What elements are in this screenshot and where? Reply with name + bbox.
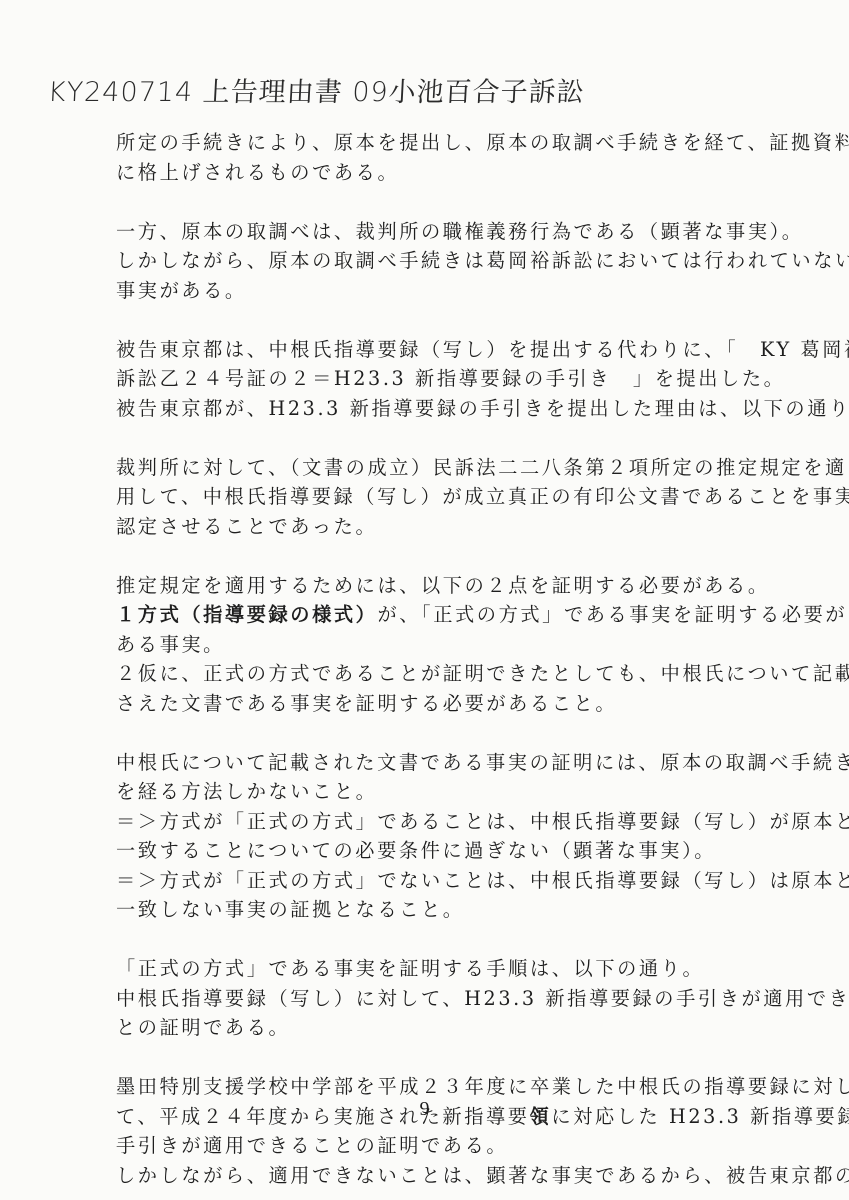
- text-line: 「正式の方式」である事実を証明する手順は、以下の通り。: [116, 954, 796, 984]
- text-line: 一方、原本の取調べは、裁判所の職権義務行為である（顕著な事実）。: [116, 217, 796, 247]
- paragraph-8: 墨田特別支援学校中学部を平成２３年度に卒業した中根氏の指導要録に対し て、平成２…: [116, 1072, 796, 1190]
- text-line: ＝＞方式が「正式の方式」であることは、中根氏指導要録（写し）が原本と: [116, 807, 796, 837]
- paragraph-gap: [116, 541, 796, 571]
- text-line: との証明である。: [116, 1013, 796, 1043]
- text-line: 認定させることであった。: [116, 512, 796, 542]
- text-line: 用して、中根氏指導要録（写し）が成立真正の有印公文書であることを事実: [116, 482, 796, 512]
- paragraph-7: 「正式の方式」である事実を証明する手順は、以下の通り。 中根氏指導要録（写し）に…: [116, 954, 796, 1043]
- text-line: 所定の手続きにより、原本を提出し、原本の取調べ手続きを経て、証拠資料: [116, 128, 796, 158]
- scan-speck: [538, 666, 540, 670]
- text-line: しかしながら、原本の取調べ手続きは葛岡裕訴訟においては行われていない: [116, 246, 796, 276]
- paragraph-gap: [116, 925, 796, 955]
- paragraph-gap: [116, 1043, 796, 1073]
- text-line: さえた文書である事実を証明する必要があること。: [116, 689, 796, 719]
- text-line: 被告東京都は、中根氏指導要録（写し）を提出する代わりに、「 KY 葛岡裕: [116, 335, 796, 365]
- text-line: 一致しない事実の証拠となること。: [116, 895, 796, 925]
- paragraph-gap: [116, 718, 796, 748]
- paragraph-2: 一方、原本の取調べは、裁判所の職権義務行為である（顕著な事実）。 しかしながら、…: [116, 217, 796, 306]
- text-span: が、「正式の方式」である事実を証明する必要が: [377, 603, 847, 626]
- text-line: を経る方法しかないこと。: [116, 777, 796, 807]
- text-line-item-1: １方式（指導要録の様式）が、「正式の方式」である事実を証明する必要が: [116, 600, 796, 630]
- bold-term: １方式（指導要録の様式）: [116, 603, 377, 626]
- paragraph-4: 裁判所に対して、（文書の成立）民訴法二二八条第２項所定の推定規定を適 用して、中…: [116, 453, 796, 542]
- paragraph-gap: [116, 305, 796, 335]
- document-body: 所定の手続きにより、原本を提出し、原本の取調べ手続きを経て、証拠資料 に格上げさ…: [116, 128, 796, 1190]
- text-line: 被告東京都が、H23.3 新指導要録の手引きを提出した理由は、以下の通り。: [116, 394, 796, 424]
- text-line: 事実がある。: [116, 276, 796, 306]
- paragraph-5: 推定規定を適用するためには、以下の２点を証明する必要がある。 １方式（指導要録の…: [116, 571, 796, 719]
- text-line: 一致することについての必要条件に過ぎない（顕著な事実）。: [116, 836, 796, 866]
- paragraph-3: 被告東京都は、中根氏指導要録（写し）を提出する代わりに、「 KY 葛岡裕 訴訟乙…: [116, 335, 796, 424]
- text-line: 裁判所に対して、（文書の成立）民訴法二二八条第２項所定の推定規定を適: [116, 453, 796, 483]
- page-number: 9: [0, 1098, 849, 1121]
- paragraph-1: 所定の手続きにより、原本を提出し、原本の取調べ手続きを経て、証拠資料 に格上げさ…: [116, 128, 796, 187]
- text-line: 中根氏指導要録（写し）に対して、H23.3 新指導要録の手引きが適用できるこ: [116, 984, 796, 1014]
- text-line: ２仮に、正式の方式であることが証明できたとしても、中根氏について記載: [116, 659, 796, 689]
- text-line: しかしながら、適用できないことは、顕著な事実であるから、被告東京都の: [116, 1161, 796, 1191]
- paragraph-gap: [116, 423, 796, 453]
- paragraph-gap: [116, 187, 796, 217]
- text-line: に格上げされるものである。: [116, 158, 796, 188]
- text-line: 中根氏について記載された文書である事実の証明には、原本の取調べ手続き: [116, 748, 796, 778]
- text-line: 手引きが適用できることの証明である。: [116, 1131, 796, 1161]
- text-line: 訴訟乙２４号証の２＝H23.3 新指導要録の手引き 」を提出した。: [116, 364, 796, 394]
- text-line: ある事実。: [116, 630, 796, 660]
- text-line: ＝＞方式が「正式の方式」でないことは、中根氏指導要録（写し）は原本と: [116, 866, 796, 896]
- handwritten-document-label: KY240714 上告理由書 09小池百合子訴訟: [47, 70, 586, 109]
- paragraph-6: 中根氏について記載された文書である事実の証明には、原本の取調べ手続き を経る方法…: [116, 748, 796, 925]
- text-line: 推定規定を適用するためには、以下の２点を証明する必要がある。: [116, 571, 796, 601]
